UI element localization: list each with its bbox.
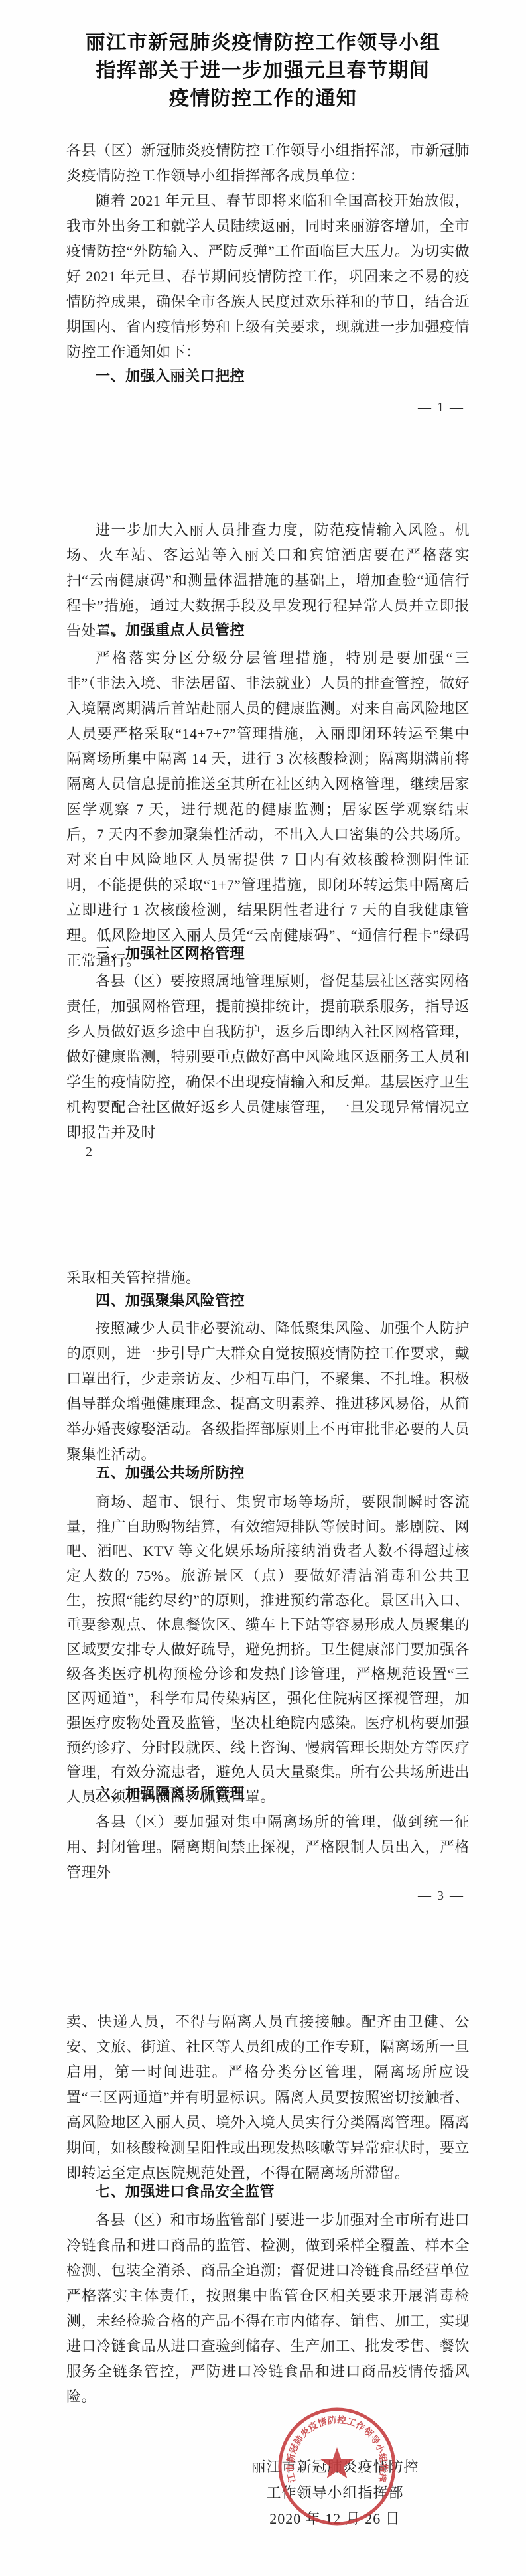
signature-date: 2020 年 12 月 26 日	[192, 2506, 478, 2532]
signature-block: 丽江市新冠肺炎疫情防控 工作领导小组指挥部 2020 年 12 月 26 日	[192, 2454, 478, 2532]
paragraph-community-grid-continued: 采取相关管控措施。	[66, 1265, 470, 1291]
section-heading-5: 五、加强公共场所防控	[66, 1463, 470, 1483]
salutation: 各县（区）新冠肺炎疫情防控工作领导小组指挥部，市新冠肺炎疫情防控工作领导小组指挥…	[66, 138, 470, 188]
section-heading-6: 六、加强隔离场所管理	[66, 1784, 470, 1804]
section-heading-1: 一、加强入丽关口把控	[66, 366, 470, 386]
signature-org-line-1: 丽江市新冠肺炎疫情防控	[192, 2454, 478, 2480]
paragraph-imported-food: 各县（区）和市场监管部门要进一步加强对全市所有进口冷链食品和进口商品的监管、检测…	[66, 2208, 470, 2409]
document-title-line-1: 丽江市新冠肺炎疫情防控工作领导小组	[0, 29, 526, 57]
paragraph-quarantine-sites: 各县（区）要加强对集中隔离场所的管理，做到统一征用、封闭管理。隔离期间禁止探视，…	[66, 1810, 470, 1885]
page-number-2: — 2 —	[66, 1143, 464, 1161]
document-title-line-2: 指挥部关于进一步加强元旦春节期间	[0, 57, 526, 85]
signature-org-line-2: 工作领导小组指挥部	[192, 2480, 478, 2506]
paragraph-community-grid: 各县（区）要按照属地管理原则，督促基层社区落实网格责任，加强网格管理，提前摸排统…	[66, 969, 470, 1145]
scanned-notice-document: 丽江市新冠肺炎疫情防控工作领导小组 指挥部关于进一步加强元旦春节期间 疫情防控工…	[0, 0, 526, 2576]
paragraph-gathering-risk: 按照减少人员非必要流动、降低聚集风险、加强个人防护的原则，进一步引导广大群众自觉…	[66, 1316, 470, 1467]
section-heading-4: 四、加强聚集风险管控	[66, 1291, 470, 1311]
page-number-1: — 1 —	[66, 398, 464, 417]
section-heading-3: 三、加强社区网格管理	[66, 944, 470, 964]
intro-paragraph: 随着 2021 年元旦、春节即将来临和全国高校开始放假，我市外出务工和就学人员陆…	[66, 188, 470, 365]
paragraph-quarantine-sites-continued: 卖、快递人员，不得与隔离人员直接接触。配齐由卫健、公安、文旅、街道、社区等人员组…	[66, 2009, 470, 2186]
paragraph-key-personnel: 严格落实分区分级分层管理措施，特别是要加强“三非”（非法入境、非法居留、非法就业…	[66, 646, 470, 973]
section-heading-7: 七、加强进口食品安全监管	[66, 2182, 470, 2202]
document-title: 丽江市新冠肺炎疫情防控工作领导小组 指挥部关于进一步加强元旦春节期间 疫情防控工…	[0, 29, 526, 113]
page-number-3: — 3 —	[66, 1887, 464, 1905]
document-title-line-3: 疫情防控工作的通知	[0, 85, 526, 113]
section-heading-2: 二、加强重点人员管控	[66, 620, 470, 640]
paragraph-public-places: 商场、超市、银行、集贸市场等场所，要限制瞬时客流量，推广自助购物结算，有效缩短排…	[66, 1490, 470, 1809]
